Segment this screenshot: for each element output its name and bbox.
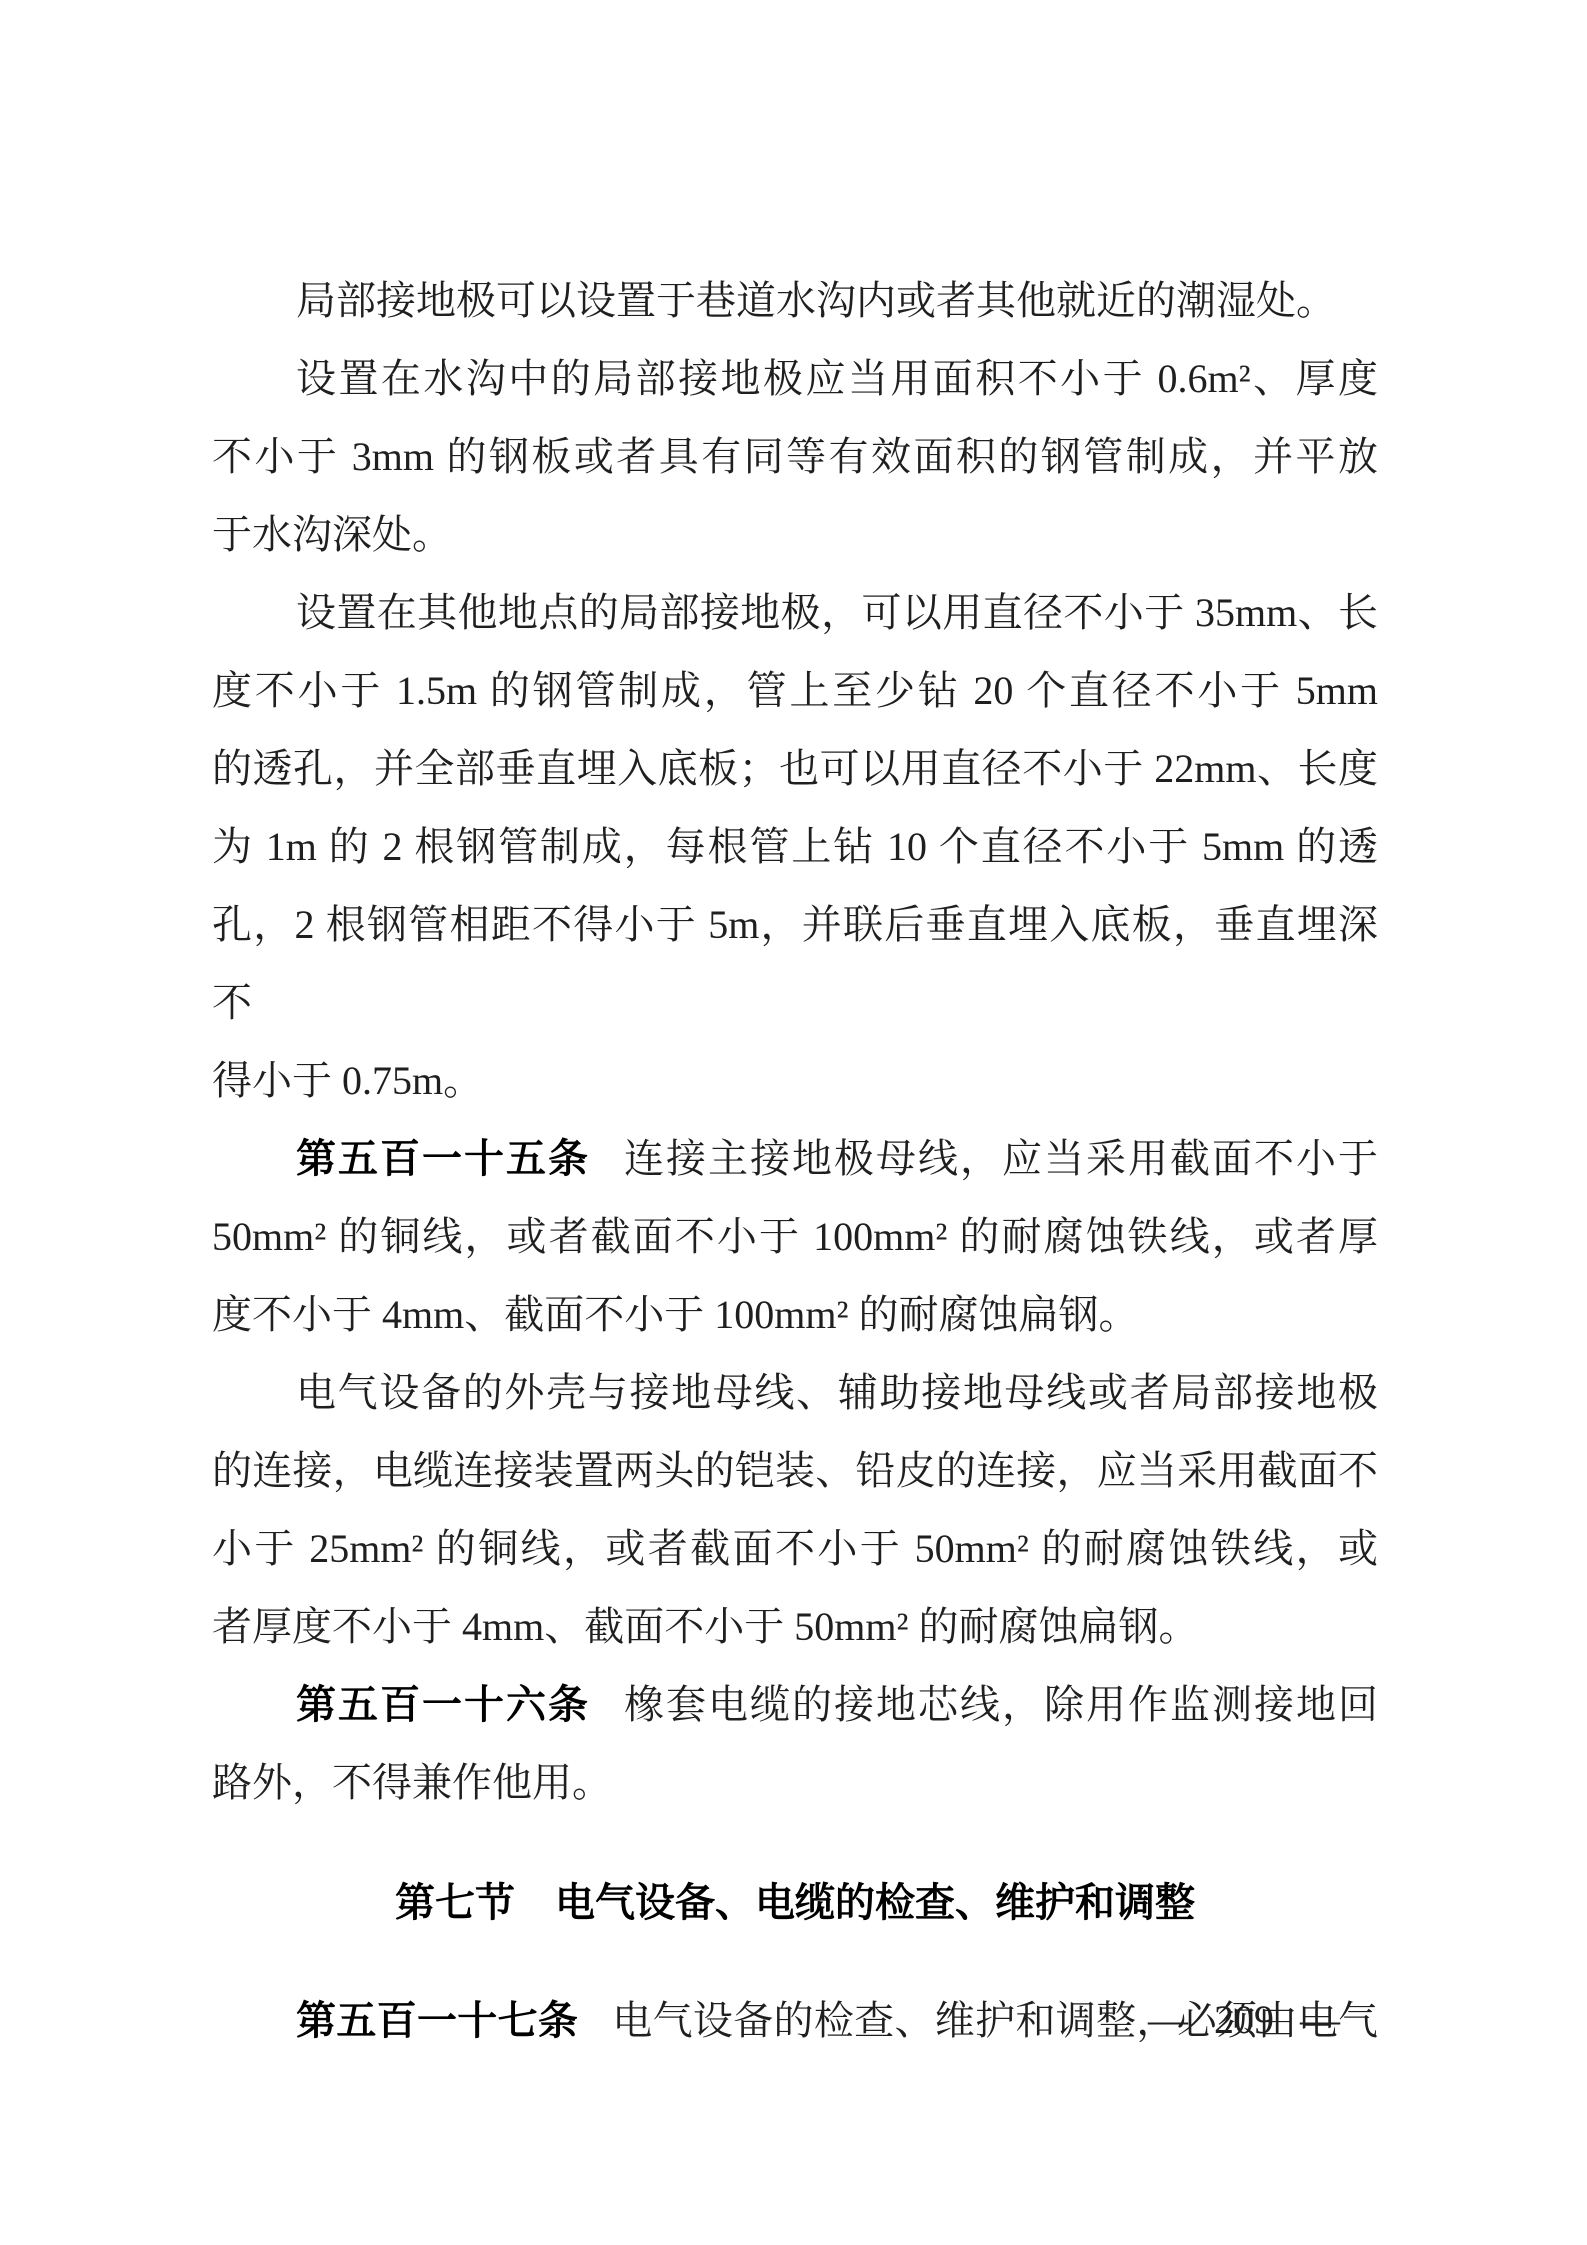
text-line: 50mm² 的铜线，或者截面不小于 100mm² 的耐腐蚀铁线，或者厚 [212,1198,1378,1276]
paragraph-local-earth-location: 局部接地极可以设置于巷道水沟内或者其他就近的潮湿处。 [212,262,1378,340]
paragraph-earth-in-ditch: 设置在水沟中的局部接地极应当用面积不小于 0.6m²、厚度 不小于 3mm 的钢… [212,340,1378,574]
article-516: 第五百一十六条橡套电缆的接地芯线，除用作监测接地回 路外，不得兼作他用。 [212,1666,1378,1822]
text-line: 度不小于 1.5m 的钢管制成，管上至少钻 20 个直径不小于 5mm [212,652,1378,730]
section-heading: 第七节电气设备、电缆的检查、维护和调整 [212,1864,1378,1942]
text-line: 第五百一十六条橡套电缆的接地芯线，除用作监测接地回 [212,1666,1378,1744]
text-line: 为 1m 的 2 根钢管制成，每根管上钻 10 个直径不小于 5mm 的透 [212,808,1378,886]
text-line: 孔，2 根钢管相距不得小于 5m，并联后垂直埋入底板，垂直埋深不 [212,886,1378,1042]
text-line: 第五百一十五条连接主接地极母线，应当采用截面不小于 [212,1120,1378,1198]
article-515: 第五百一十五条连接主接地极母线，应当采用截面不小于 50mm² 的铜线，或者截面… [212,1120,1378,1354]
text-line: 设置在其他地点的局部接地极，可以用直径不小于 35mm、长 [212,574,1378,652]
paragraph-enclosure-connections: 电气设备的外壳与接地母线、辅助接地母线或者局部接地极 的连接，电缆连接装置两头的… [212,1354,1378,1666]
text-line: 设置在水沟中的局部接地极应当用面积不小于 0.6m²、厚度 [212,340,1378,418]
document-page: 局部接地极可以设置于巷道水沟内或者其他就近的潮湿处。 设置在水沟中的局部接地极应… [0,0,1587,2245]
paragraph-earth-other-locations: 设置在其他地点的局部接地极，可以用直径不小于 35mm、长 度不小于 1.5m … [212,574,1378,1120]
section-title: 电气设备、电缆的检查、维护和调整 [555,1880,1195,1925]
article-text: 连接主接地极母线，应当采用截面不小于 [624,1136,1378,1181]
article-number: 第五百一十六条 [296,1682,590,1727]
text-line: 度不小于 4mm、截面不小于 100mm² 的耐腐蚀扁钢。 [212,1276,1378,1354]
text-line: 电气设备的外壳与接地母线、辅助接地母线或者局部接地极 [212,1354,1378,1432]
page-number: — 209 — [1148,1996,1340,2044]
text-line: 不小于 3mm 的钢板或者具有同等有效面积的钢管制成，并平放 [212,418,1378,496]
page-body: 局部接地极可以设置于巷道水沟内或者其他就近的潮湿处。 设置在水沟中的局部接地极应… [212,262,1378,2060]
text-line: 的连接，电缆连接装置两头的铠装、铅皮的连接，应当采用截面不 [212,1432,1378,1510]
text-line: 者厚度不小于 4mm、截面不小于 50mm² 的耐腐蚀扁钢。 [212,1588,1378,1666]
section-number: 第七节 [395,1880,515,1925]
text-line: 得小于 0.75m。 [212,1042,1378,1120]
text-line: 路外，不得兼作他用。 [212,1744,1378,1822]
text-line: 小于 25mm² 的铜线，或者截面不小于 50mm² 的耐腐蚀铁线，或 [212,1510,1378,1588]
article-text: 橡套电缆的接地芯线，除用作监测接地回 [624,1682,1378,1727]
text-line: 局部接地极可以设置于巷道水沟内或者其他就近的潮湿处。 [212,262,1378,340]
article-number: 第五百一十五条 [296,1136,590,1181]
text-line: 于水沟深处。 [212,496,1378,574]
text-line: 的透孔，并全部垂直埋入底板；也可以用直径不小于 22mm、长度 [212,730,1378,808]
article-number: 第五百一十七条 [296,1998,578,2043]
